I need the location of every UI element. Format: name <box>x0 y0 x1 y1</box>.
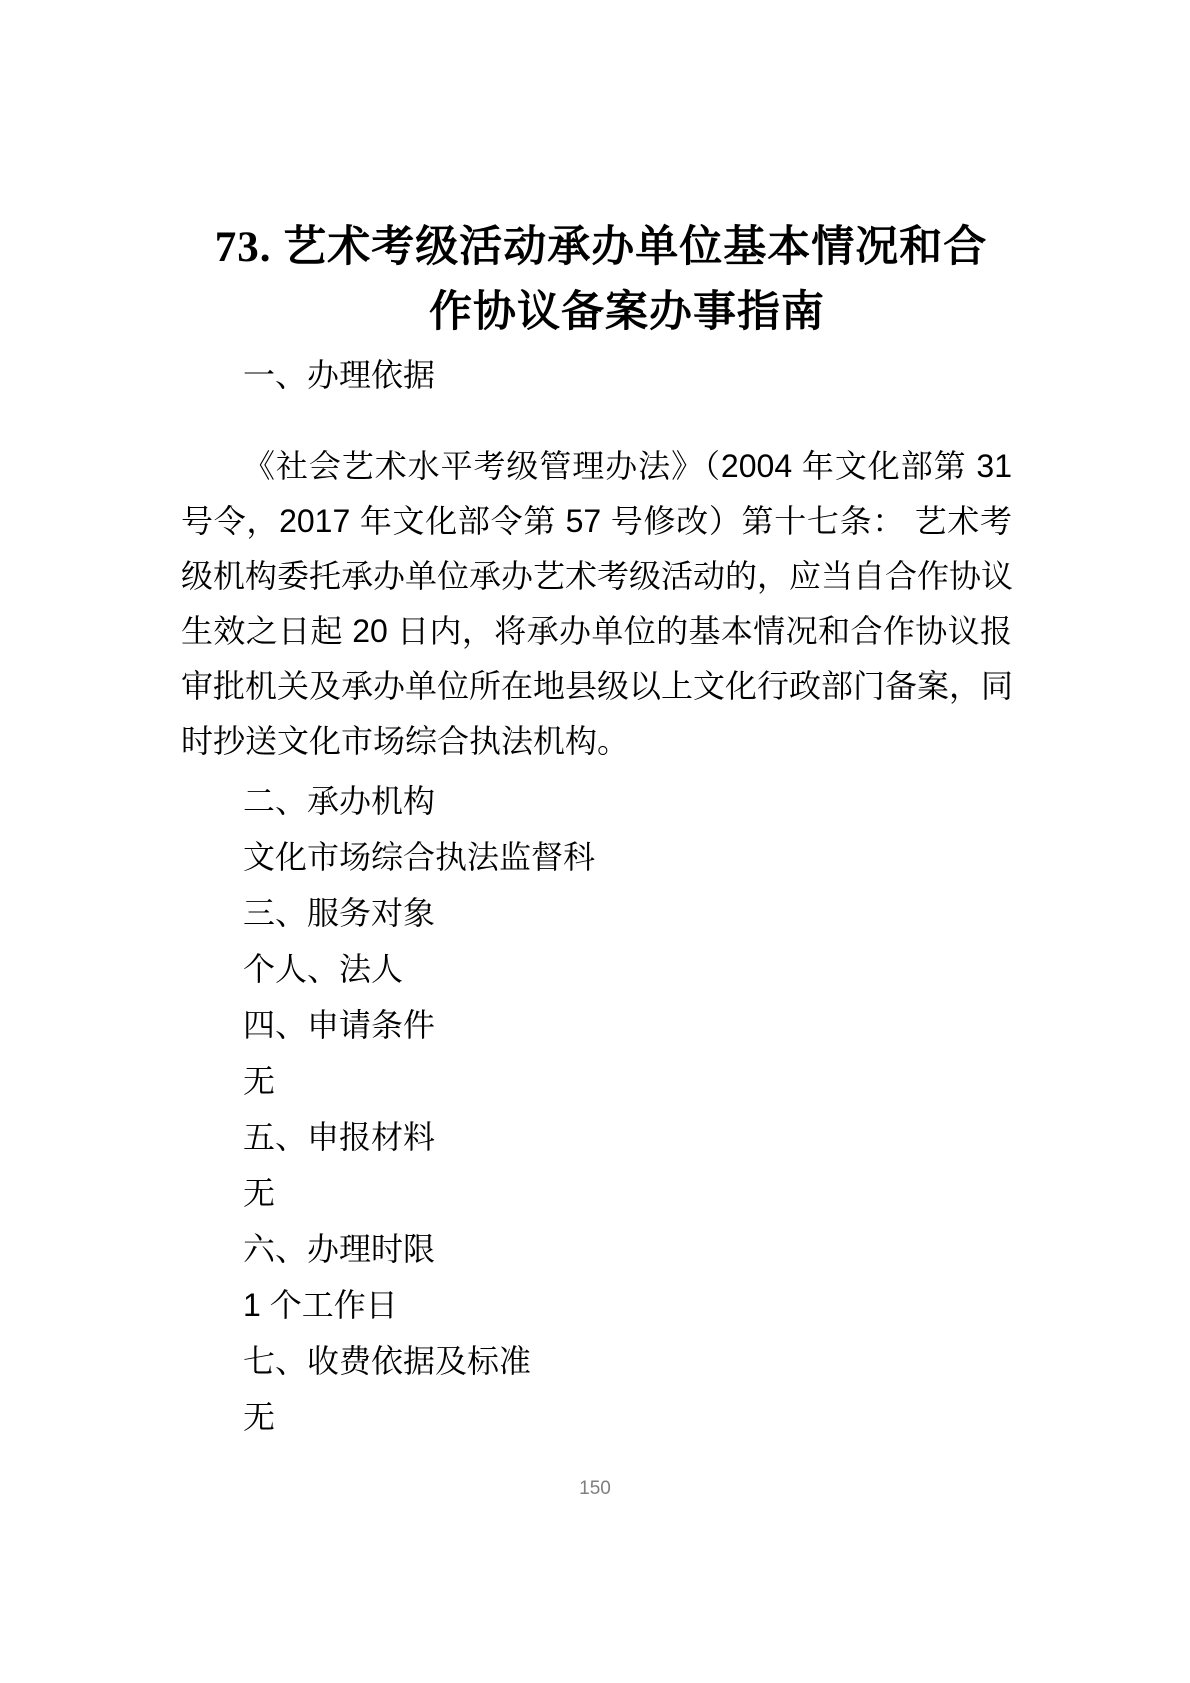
paragraph-line: 生效之日起 20 日内，将承办单位的基本情况和合作协议报 <box>181 604 1012 659</box>
section-heading-materials: 五、申报材料 <box>181 1109 1012 1165</box>
section-value-audience: 个人、法人 <box>181 941 1012 997</box>
legal-basis-paragraph: 《社会艺术水平考级管理办法》（2004 年文化部第 31 号令，2017 年文化… <box>181 439 1012 769</box>
section-value-agency: 文化市场综合执法监督科 <box>181 829 1012 885</box>
section-heading-basis: 一、办理依据 <box>181 348 1012 403</box>
paragraph-line: 《社会艺术水平考级管理办法》（2004 年文化部第 31 <box>181 439 1012 494</box>
section-value-fees: 无 <box>181 1389 1012 1445</box>
paragraph-line: 时抄送文化市场综合执法机构。 <box>181 714 1012 769</box>
section-heading-timelimit: 六、办理时限 <box>181 1221 1012 1277</box>
section-value-conditions: 无 <box>181 1053 1012 1109</box>
section-heading-fees: 七、收费依据及标准 <box>181 1333 1012 1389</box>
page-title: 73. 艺术考级活动承办单位基本情况和合 作协议备案办事指南 <box>12 215 1190 345</box>
section-heading-audience: 三、服务对象 <box>181 885 1012 941</box>
paragraph-line: 号令，2017 年文化部令第 57 号修改）第十七条： 艺术考 <box>181 494 1012 549</box>
document-body: 一、办理依据 《社会艺术水平考级管理办法》（2004 年文化部第 31 号令，2… <box>0 348 1190 1445</box>
paragraph-line: 级机构委托承办单位承办艺术考级活动的，应当自合作协议 <box>181 549 1012 604</box>
section-list: 二、承办机构 文化市场综合执法监督科 三、服务对象 个人、法人 四、申请条件 无… <box>181 773 1012 1445</box>
section-heading-agency: 二、承办机构 <box>181 773 1012 829</box>
title-line-1: 73. 艺术考级活动承办单位基本情况和合 <box>12 215 1190 280</box>
section-value-materials: 无 <box>181 1165 1012 1221</box>
document-page: 73. 艺术考级活动承办单位基本情况和合 作协议备案办事指南 一、办理依据 《社… <box>0 0 1190 1683</box>
page-number: 150 <box>0 1477 1190 1501</box>
section-value-timelimit: 1 个工作日 <box>181 1277 1012 1333</box>
title-line-2: 作协议备案办事指南 <box>38 280 1190 345</box>
section-heading-conditions: 四、申请条件 <box>181 997 1012 1053</box>
paragraph-line: 审批机关及承办单位所在地县级以上文化行政部门备案，同 <box>181 659 1012 714</box>
